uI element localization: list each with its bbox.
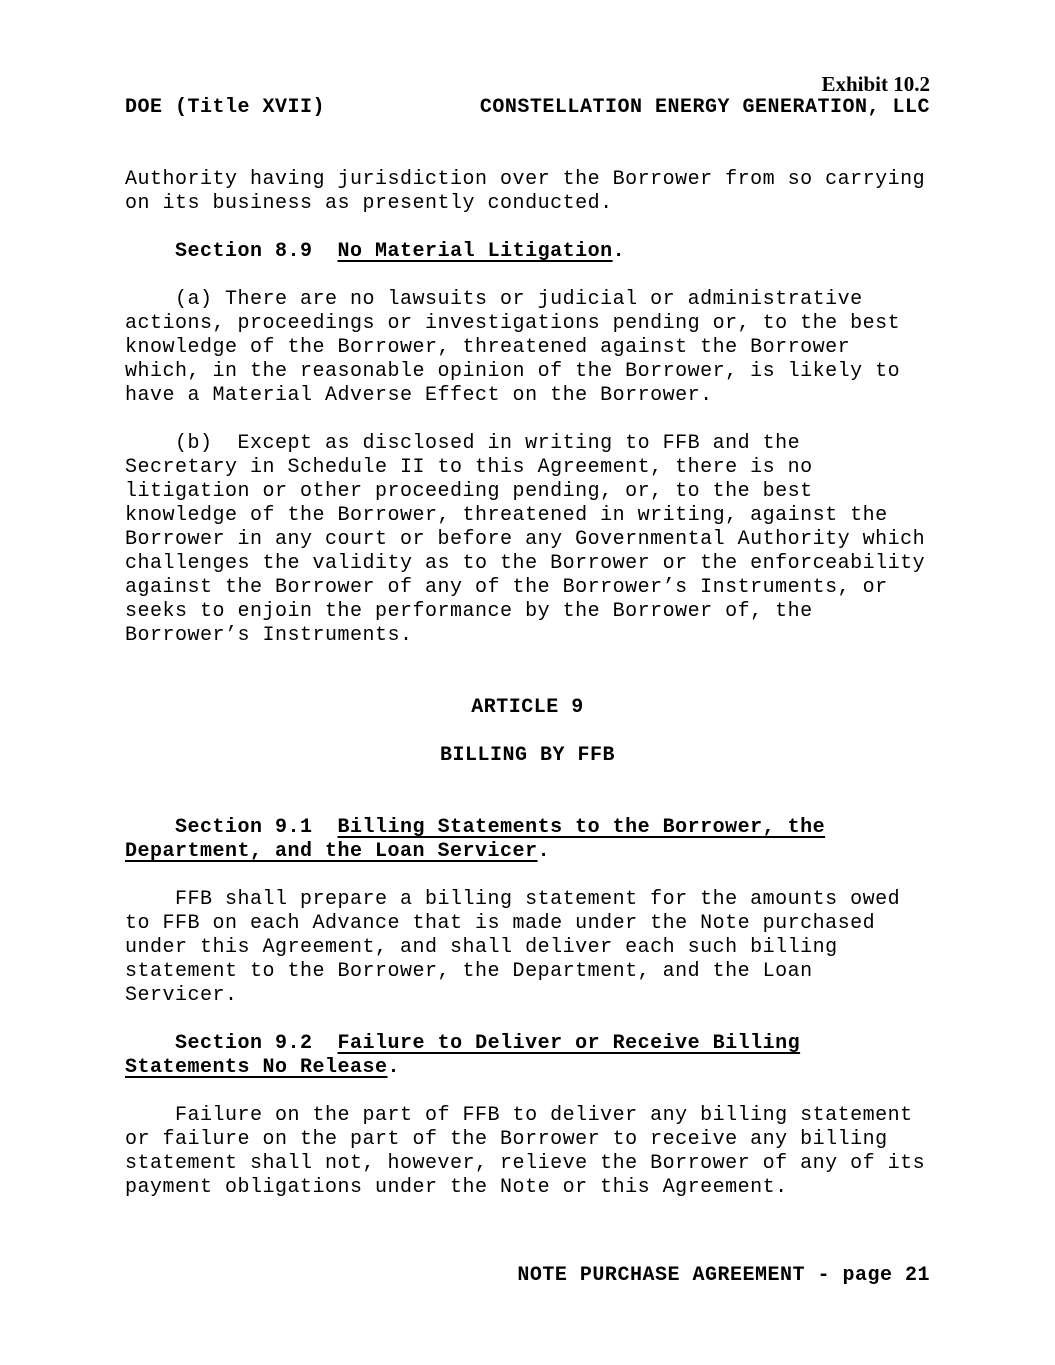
section-8-9-period: .: [613, 240, 626, 263]
section-9-2-heading: Section 9.2 Failure to Deliver or Receiv…: [125, 1032, 930, 1080]
article-9-subtitle: BILLING BY FFB: [125, 744, 930, 768]
section-9-2-number: Section 9.2: [125, 1032, 338, 1055]
section-9-1-heading: Section 9.1 Billing Statements to the Bo…: [125, 816, 930, 864]
article-9-title: ARTICLE 9: [125, 696, 930, 720]
paragraph-intro: Authority having jurisdiction over the B…: [125, 168, 930, 216]
document-page: Exhibit 10.2 DOE (Title XVII)CONSTELLATI…: [0, 0, 1055, 1365]
header-right: CONSTELLATION ENERGY GENERATION, LLC: [480, 96, 930, 120]
section-9-2-period: .: [388, 1056, 401, 1079]
page-footer: NOTE PURCHASE AGREEMENT - page 21: [125, 1264, 930, 1288]
section-8-9-heading: Section 8.9 No Material Litigation.: [125, 240, 930, 264]
section-8-9-title: No Material Litigation: [338, 240, 613, 263]
paragraph-a: (a) There are no lawsuits or judicial or…: [125, 288, 930, 408]
paragraph-9-2: Failure on the part of FFB to deliver an…: [125, 1104, 930, 1200]
exhibit-label: Exhibit 10.2: [125, 0, 930, 96]
paragraph-9-1: FFB shall prepare a billing statement fo…: [125, 888, 930, 1008]
section-9-1-period: .: [538, 840, 551, 863]
section-8-9-number: Section 8.9: [125, 240, 338, 263]
paragraph-b: (b) Except as disclosed in writing to FF…: [125, 432, 930, 648]
page-content: Exhibit 10.2 DOE (Title XVII)CONSTELLATI…: [0, 0, 1055, 1288]
section-9-1-number: Section 9.1: [125, 816, 338, 839]
header-left: DOE (Title XVII): [125, 96, 325, 120]
document-header: DOE (Title XVII)CONSTELLATION ENERGY GEN…: [125, 96, 930, 120]
